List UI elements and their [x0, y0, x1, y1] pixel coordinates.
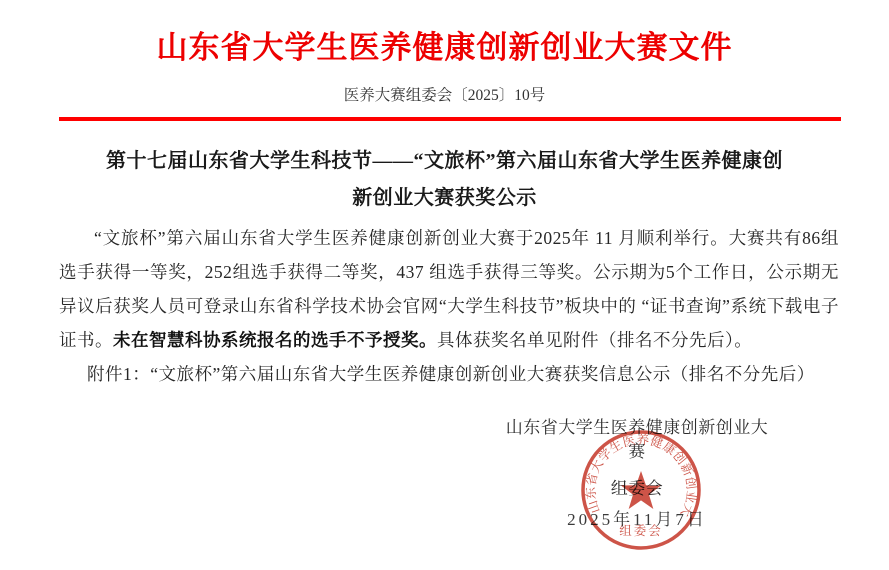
signature-block: 山东省大学生医养健康创新创业大赛 组委会 2025年11月7日: [503, 416, 771, 532]
signature-date: 2025年11月7日: [503, 508, 771, 532]
document-title: 山东省大学生医养健康创新创业大赛文件: [0, 0, 889, 68]
document-page: 山东省大学生医养健康创新创业大赛文件 医养大赛组委会〔2025〕10号 第十七届…: [0, 0, 889, 570]
signature-organization: 山东省大学生医养健康创新创业大赛: [503, 416, 771, 464]
document-number: 医养大赛组委会〔2025〕10号: [0, 86, 889, 106]
notice-body-paragraph: “文旅杯”第六届山东省大学生医养健康创新创业大赛于2025年 11 月顺利举行。…: [59, 221, 839, 357]
signature-committee: 组委会: [503, 477, 771, 501]
notice-heading: 第十七届山东省大学生科技节——“文旅杯”第六届山东省大学生医养健康创新创业大赛获…: [100, 143, 790, 217]
attachment-line: 附件1：“文旅杯”第六届山东省大学生医养健康创新创业大赛获奖信息公示（排名不分先…: [59, 357, 839, 391]
red-divider-rule: [59, 117, 841, 121]
body-text-part2: 具体获奖名单见附件（排名不分先后）。: [437, 330, 752, 350]
body-text-bold-warning: 未在智慧科协系统报名的选手不予授奖。: [113, 330, 437, 350]
